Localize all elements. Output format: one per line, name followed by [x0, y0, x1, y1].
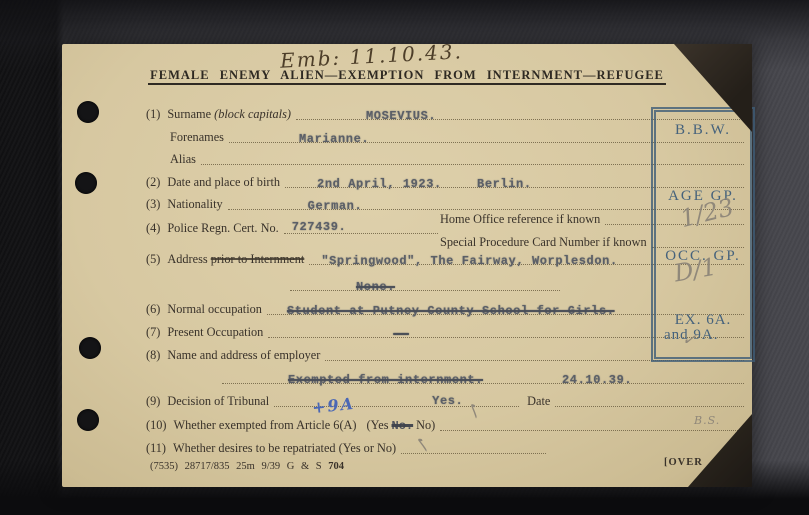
field-label: Normal occupation — [167, 302, 262, 317]
field-number: (7) — [146, 325, 160, 340]
typed-police-cert-no: 727439. — [292, 220, 347, 234]
handwritten-article-addition: +9A — [311, 394, 356, 417]
yes-no-pre: (Yes — [367, 418, 389, 433]
field-label: Special Procedure Card Number if known — [440, 235, 647, 250]
struck-label-text: prior to Internment — [211, 252, 305, 266]
typed-forenames: Marianne. — [299, 132, 369, 146]
field-number: (1) — [146, 107, 160, 122]
field-label: Address prior to Internment — [167, 252, 304, 267]
punch-hole — [77, 409, 99, 431]
typed-none: None. — [356, 280, 395, 294]
typed-address: "Springwood", The Fairway, Worplesdon. — [321, 254, 617, 268]
rule-line: 727439. — [284, 219, 438, 234]
field-label: Police Regn. Cert. No. — [167, 221, 278, 236]
card-title: FEMALE ENEMY ALIEN—EXEMPTION FROM INTERN… — [62, 66, 752, 84]
punch-hole — [77, 101, 99, 123]
field-label: Alias — [170, 152, 196, 167]
typed-no-struck: No. — [392, 419, 414, 433]
field-label: Date and place of birth — [167, 175, 280, 190]
typed-present-occupation: —— — [393, 327, 409, 341]
field-number: (10) — [146, 418, 167, 433]
field-label: Whether desires to be repatriated (Yes o… — [173, 441, 396, 456]
field-tribunal: (9) Decision of Tribunal Yes. Date — [146, 393, 744, 409]
scanned-card-photo: Emb: 11.10.43. FEMALE ENEMY ALIEN—EXEMPT… — [0, 0, 809, 515]
field-label: Name and address of employer — [167, 348, 320, 363]
field-label: Whether exempted from Article 6(A) — [174, 418, 357, 433]
field-police-cert: (4) Police Regn. Cert. No. 727439. — [146, 220, 438, 236]
typed-exemption-date: 24.10.39. — [562, 373, 632, 387]
classification-stamp-box: B.B.W. AGE GP. OCC. GP. EX. 6A. and 9A. — [651, 107, 755, 362]
stamp-bbw: B.B.W. — [656, 122, 750, 139]
field-number: (4) — [146, 221, 160, 236]
rule-line: Exempted from internment. 24.10.39. — [222, 369, 744, 384]
field-label: Date — [527, 394, 550, 409]
stamp-exemption-articles-2: and 9A. — [656, 327, 750, 344]
punch-hole — [79, 337, 101, 359]
field-label: Nationality — [167, 197, 222, 212]
pencil-check-repatriate: ✓ — [410, 433, 434, 453]
field-address-line2: None. — [290, 277, 560, 293]
pencil-initials: B.S. — [694, 414, 720, 427]
field-repatriate: (11) Whether desires to be repatriated (… — [146, 440, 546, 456]
field-label: Decision of Tribunal — [167, 394, 269, 409]
field-number: (3) — [146, 197, 160, 212]
typed-surname: MOSEVIUS. — [366, 109, 436, 123]
field-exemption-note: Exempted from internment. 24.10.39. — [222, 370, 744, 386]
rule-line: None. — [290, 276, 560, 291]
yes-no-post: No) — [416, 418, 435, 433]
typed-tribunal-decision: Yes. — [432, 394, 463, 408]
typed-nationality: German. — [308, 199, 363, 213]
field-number: (5) — [146, 252, 160, 267]
field-number: (6) — [146, 302, 160, 317]
field-number: (9) — [146, 394, 160, 409]
typed-normal-occupation: Student at Putney County School for Girl… — [287, 304, 615, 318]
field-label: Home Office reference if known — [440, 212, 600, 227]
typed-exempted: Exempted from internment. — [288, 373, 483, 387]
index-card: Emb: 11.10.43. FEMALE ENEMY ALIEN—EXEMPT… — [62, 44, 752, 487]
punch-hole — [75, 172, 97, 194]
field-label: Surname (block capitals) — [167, 107, 291, 122]
field-label: Forenames — [170, 130, 224, 145]
field-article6: (10) Whether exempted from Article 6(A) … — [146, 417, 744, 433]
printer-imprint: (7535) 28717/835 25m 9/39 G & S 704 — [150, 461, 344, 472]
rule-line — [555, 392, 744, 407]
field-number: (2) — [146, 175, 160, 190]
over-label: [OVER — [664, 457, 703, 468]
typed-birth-place: Berlin. — [477, 177, 532, 191]
field-number: (11) — [146, 441, 166, 456]
pencil-check-stamp: ✓ — [681, 329, 698, 351]
field-number: (8) — [146, 348, 160, 363]
typed-birth-date: 2nd April, 1923. — [317, 177, 442, 191]
field-label: Present Occupation — [167, 325, 263, 340]
